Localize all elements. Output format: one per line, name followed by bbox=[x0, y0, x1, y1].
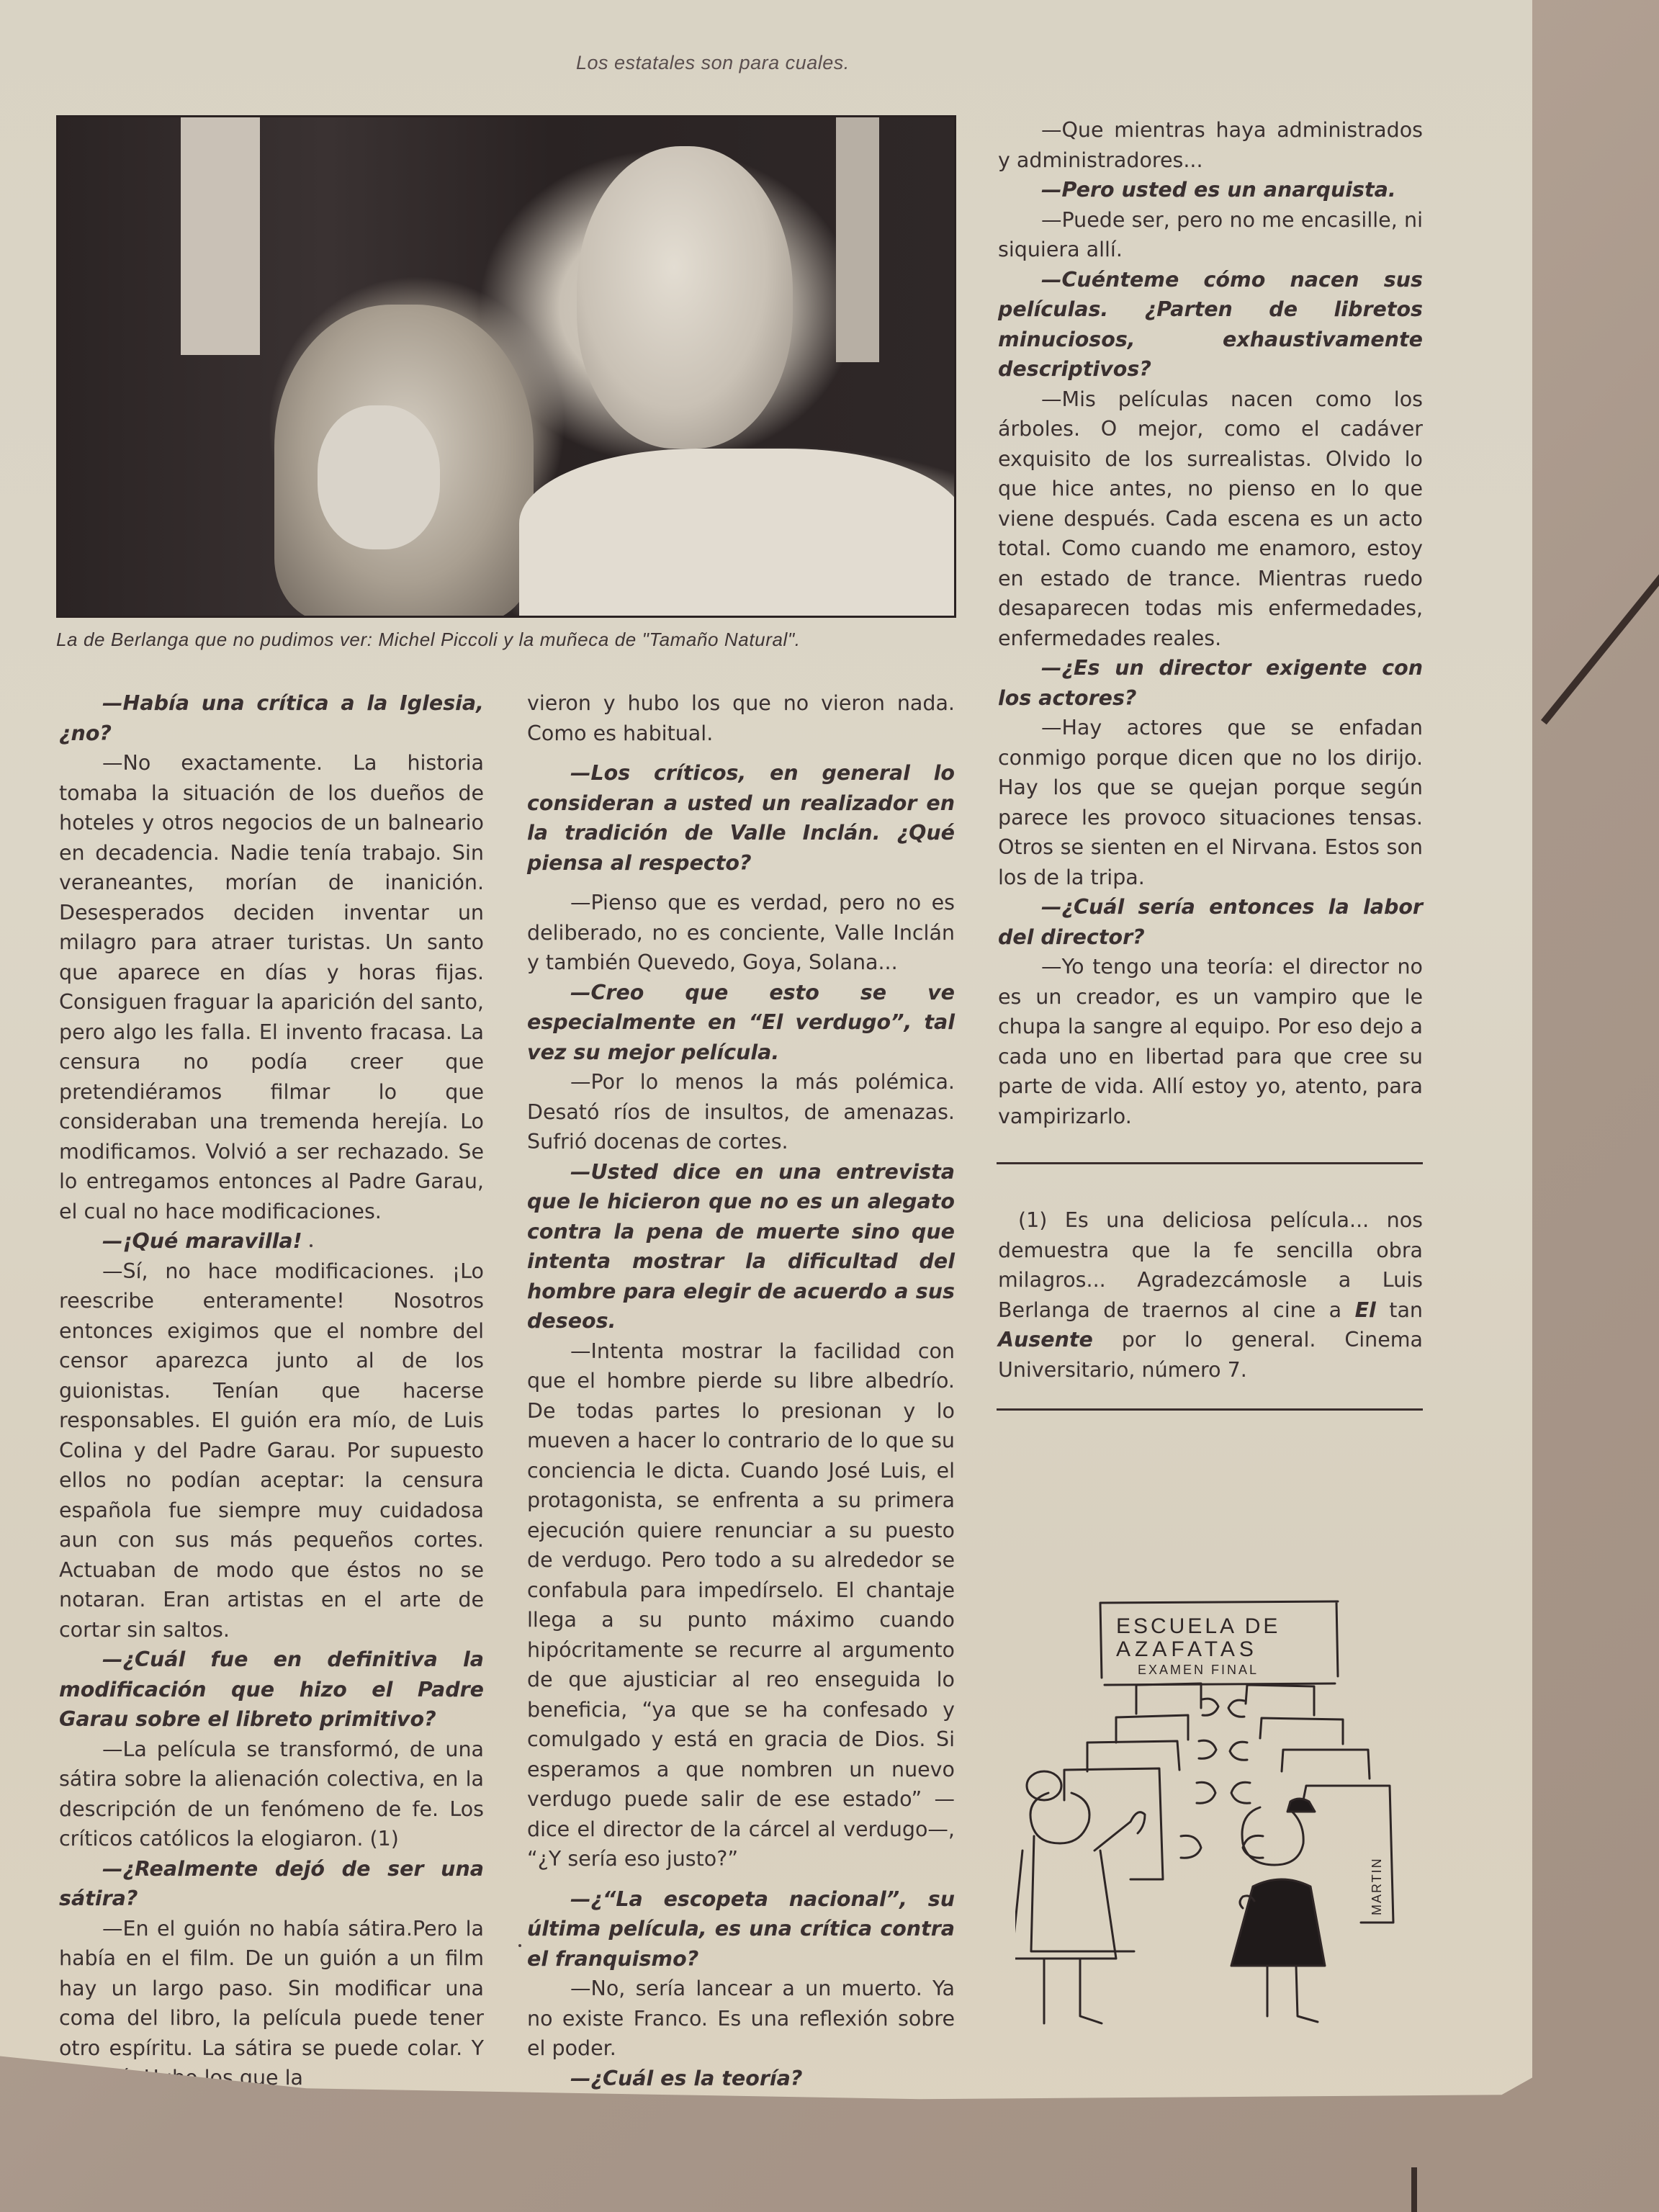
interview-question: —Los críticos, en general lo consideran … bbox=[527, 758, 955, 878]
cartoon-sign-line3: EXAMEN FINAL bbox=[1138, 1663, 1259, 1677]
photo-doll-face bbox=[318, 405, 440, 549]
interview-question: —Cuénteme cómo nacen sus películas. ¿Par… bbox=[998, 265, 1423, 385]
interview-answer: —Puede ser, pero no me encasille, ni siq… bbox=[998, 205, 1423, 265]
interview-question: —¿Cuál sería entonces la labor del direc… bbox=[998, 892, 1423, 952]
interview-answer: —Mis películas nacen como los árboles. O… bbox=[998, 385, 1423, 654]
interview-answer: —No exactamente. La historia tomaba la s… bbox=[59, 748, 484, 1226]
interview-answer: —No, sería lancear a un muerto. Ya no ex… bbox=[527, 1974, 955, 2064]
interview-answer: —Pienso que es verdad, pero no es delibe… bbox=[527, 888, 955, 978]
running-head: Los estatales son para cuales. bbox=[576, 52, 936, 74]
interview-answer-continuation: vieron y hubo los que no vieron nada. Co… bbox=[527, 688, 955, 748]
interview-question: —¡Qué maravilla! bbox=[59, 1226, 484, 1256]
footnote-emphasis: El bbox=[1355, 1298, 1376, 1322]
interview-question: —Creo que esto se ve especialmente en “E… bbox=[527, 978, 955, 1068]
interview-answer: —Que mientras haya administrados y admin… bbox=[998, 115, 1423, 175]
cartoon-escuela-de-azafatas: ESCUELA DE AZAFATAS EXAMEN FINAL bbox=[1015, 1577, 1433, 2074]
interview-answer: —Sí, no hace modificaciones. ¡Lo reescri… bbox=[59, 1256, 484, 1645]
interview-answer: —La película se transformó, de una sátir… bbox=[59, 1735, 484, 1854]
cartoon-signature: MARTIN bbox=[1370, 1857, 1384, 1915]
photo-background-frame bbox=[836, 117, 879, 362]
photo-caption: La de Berlanga que no pudimos ver: Miche… bbox=[56, 628, 942, 651]
registered-mark: ® bbox=[1359, 2110, 1367, 2121]
floor-tile-grout bbox=[1411, 2167, 1417, 2212]
footnote: (1) Es una deliciosa película... nos dem… bbox=[998, 1205, 1423, 1385]
photo-man-head bbox=[577, 146, 793, 449]
interview-answer: —Yo tengo una teoría: el director no es … bbox=[998, 952, 1423, 1131]
cartoon-seat-rows-left bbox=[1031, 1683, 1201, 1951]
article-column-3: —Que mientras haya administrados y admin… bbox=[998, 115, 1423, 1131]
photo-piccoli-doll bbox=[56, 115, 956, 618]
publication-name: HUM bbox=[1323, 2112, 1359, 2128]
cartoon-sign-line2: AZAFATAS bbox=[1116, 1637, 1258, 1661]
footnote-emphasis: Ausente bbox=[998, 1328, 1093, 1352]
photo-background-frame bbox=[181, 117, 260, 355]
print-speck bbox=[518, 1944, 521, 1947]
print-speck bbox=[310, 1244, 313, 1247]
interview-answer: —En el guión no había sátira.Pero la hab… bbox=[59, 1914, 484, 2093]
interview-question: —Había una crítica a la Iglesia, ¿no? bbox=[59, 688, 484, 748]
interview-answer: —Por lo menos la más polémica. Desató rí… bbox=[527, 1067, 955, 1157]
cartoon-instructor bbox=[1015, 1771, 1145, 2023]
interview-answer: —Hay actores que se enfadan conmigo porq… bbox=[998, 713, 1423, 892]
cartoon-priest bbox=[1231, 1799, 1325, 2022]
print-speck bbox=[472, 2114, 475, 2117]
footnote-marker: (1) bbox=[1018, 1208, 1047, 1232]
interview-question: —¿Es un director exigente con los actore… bbox=[998, 653, 1423, 713]
cartoon-sign: ESCUELA DE AZAFATAS EXAMEN FINAL bbox=[1100, 1601, 1338, 1685]
article-column-2: vieron y hubo los que no vieron nada. Co… bbox=[527, 688, 955, 2093]
cartoon-sign-line1: ESCUELA DE bbox=[1116, 1614, 1280, 1638]
interview-answer: —Intenta mostrar la facilidad con que el… bbox=[527, 1336, 955, 1874]
interview-question: —Pero usted es un anarquista. bbox=[998, 175, 1423, 205]
footnote-text: tan bbox=[1376, 1298, 1423, 1322]
interview-question: —Usted dice en una entrevista que le hic… bbox=[527, 1157, 955, 1336]
floor-tile-grout bbox=[1541, 429, 1659, 724]
magazine-page: Los estatales son para cuales. La de Ber… bbox=[0, 0, 1532, 2153]
interview-question: —¿Realmente dejó de ser una sátira? bbox=[59, 1854, 484, 1914]
interview-question: —¿Cuál es la teoría? bbox=[527, 2064, 955, 2094]
footnote-rule-bottom bbox=[997, 1408, 1423, 1411]
interview-question: —¿“La escopeta nacional”, su última pelí… bbox=[527, 1884, 955, 1974]
page-number: 79 bbox=[1375, 2112, 1393, 2128]
photo-man-shirt bbox=[519, 449, 956, 618]
interview-question: —¿Cuál fue en definitiva la modificación… bbox=[59, 1645, 484, 1735]
cartoon-hands bbox=[1181, 1699, 1263, 1858]
footnote-rule-top bbox=[997, 1162, 1423, 1164]
page-footer: HUM® 79 bbox=[1323, 2110, 1393, 2128]
article-column-1: —Había una crítica a la Iglesia, ¿no? —N… bbox=[59, 688, 484, 2093]
